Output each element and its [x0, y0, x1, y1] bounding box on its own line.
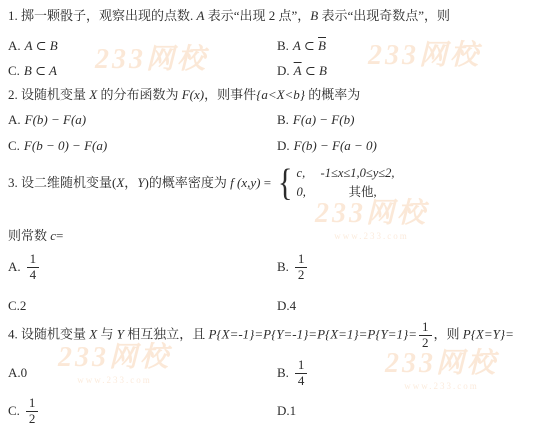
question-1-option-a: A.A ⊂ B	[8, 38, 58, 54]
option-label: C.	[8, 403, 20, 419]
option-label: A.	[8, 112, 21, 127]
fraction: 12	[26, 396, 39, 427]
fraction: 12	[295, 252, 308, 283]
option-content: 0	[21, 365, 28, 381]
option-label: A.	[8, 365, 21, 381]
option-label: B.	[277, 38, 289, 53]
option-label: A.	[8, 259, 21, 275]
option-label: D.	[277, 298, 290, 313]
option-content: A ⊂ B	[293, 38, 326, 54]
watermark-text: 233网校	[315, 200, 428, 228]
option-content: A ⊂ B	[25, 38, 58, 54]
question-1-option-d: D.A ⊂ B	[277, 63, 327, 79]
option-label: D.	[277, 63, 290, 78]
exam-document-page: 233网校 233网校 233网校 www.233.com 233网校 www.…	[0, 0, 556, 438]
question-1-stem: 1. 掷一颗骰子，观察出现的点数. A 表示“出现 2 点”，B 表示“出现奇数…	[8, 8, 554, 24]
question-4-option-c: C.12	[8, 394, 40, 428]
question-3-option-c: C.2	[8, 298, 26, 314]
option-label: B.	[277, 365, 289, 381]
watermark: 233网校	[368, 42, 481, 70]
question-2-option-d: D.F(b) − F(a − 0)	[277, 138, 377, 154]
option-content: F(b) − F(a)	[25, 112, 86, 128]
option-content: 14	[25, 252, 42, 283]
option-label: C.	[8, 298, 20, 313]
question-2-option-c: C.F(b − 0) − F(a)	[8, 138, 107, 154]
option-label: C.	[8, 138, 20, 153]
question-1-option-b: B.A ⊂ B	[277, 38, 326, 54]
piecewise-cases: {c,-1≤x≤1,0≤y≤2,0,其他,	[276, 166, 394, 200]
watermark: 233网校 www.233.com	[385, 350, 498, 391]
watermark-url: www.233.com	[58, 375, 171, 385]
question-2-option-a: A.F(b) − F(a)	[8, 112, 86, 128]
question-4-option-d: D.1	[277, 394, 296, 428]
watermark: 233网校	[95, 46, 208, 74]
question-2-option-b: B.F(a) − F(b)	[277, 112, 354, 128]
option-content: 14	[293, 358, 310, 389]
option-label: A.	[8, 38, 21, 53]
question-3-stem: 3. 设二维随机变量(X，Y)的概率密度为 f (x,y) = {c,-1≤x≤…	[8, 166, 554, 200]
option-content: F(b) − F(a − 0)	[294, 138, 377, 154]
option-content: 2	[20, 298, 27, 314]
watermark-text: 233网校	[385, 350, 498, 378]
option-label: D.	[277, 403, 290, 419]
fraction: 12	[419, 320, 432, 351]
option-content: 12	[293, 252, 310, 283]
fraction: 14	[295, 358, 308, 389]
option-label: D.	[277, 138, 290, 153]
watermark-url: www.233.com	[385, 381, 498, 391]
question-1-option-c: C.B ⊂ A	[8, 63, 57, 79]
fraction: 14	[27, 252, 40, 283]
option-content: 4	[290, 298, 297, 314]
question-4-stem: 4. 设随机变量 X 与 Y 相互独立，且 P{X=-1}=P{Y=-1}=P{…	[8, 320, 554, 351]
option-content: F(a) − F(b)	[293, 112, 354, 128]
option-content: F(b − 0) − F(a)	[24, 138, 107, 154]
option-content: A ⊂ B	[294, 63, 327, 79]
question-3-option-d: D.4	[277, 298, 296, 314]
option-content: 12	[24, 396, 41, 427]
question-3-stem-line2: 则常数 c=	[8, 228, 554, 244]
option-label: B.	[277, 259, 289, 275]
option-label: B.	[277, 112, 289, 127]
question-3-option-a: A.14	[8, 250, 41, 284]
option-content: B ⊂ A	[24, 63, 57, 79]
question-2-stem: 2. 设随机变量 X 的分布函数为 F(x)，则事件{a<X<b} 的概率为	[8, 87, 554, 103]
watermark-text: 233网校	[368, 42, 481, 70]
left-brace: {	[278, 166, 293, 200]
option-content: 1	[290, 403, 297, 419]
watermark-text: 233网校	[95, 46, 208, 74]
option-label: C.	[8, 63, 20, 78]
question-3-option-b: B.12	[277, 250, 309, 284]
question-4-option-b: B.14	[277, 356, 309, 390]
question-4-option-a: A.0	[8, 356, 27, 390]
